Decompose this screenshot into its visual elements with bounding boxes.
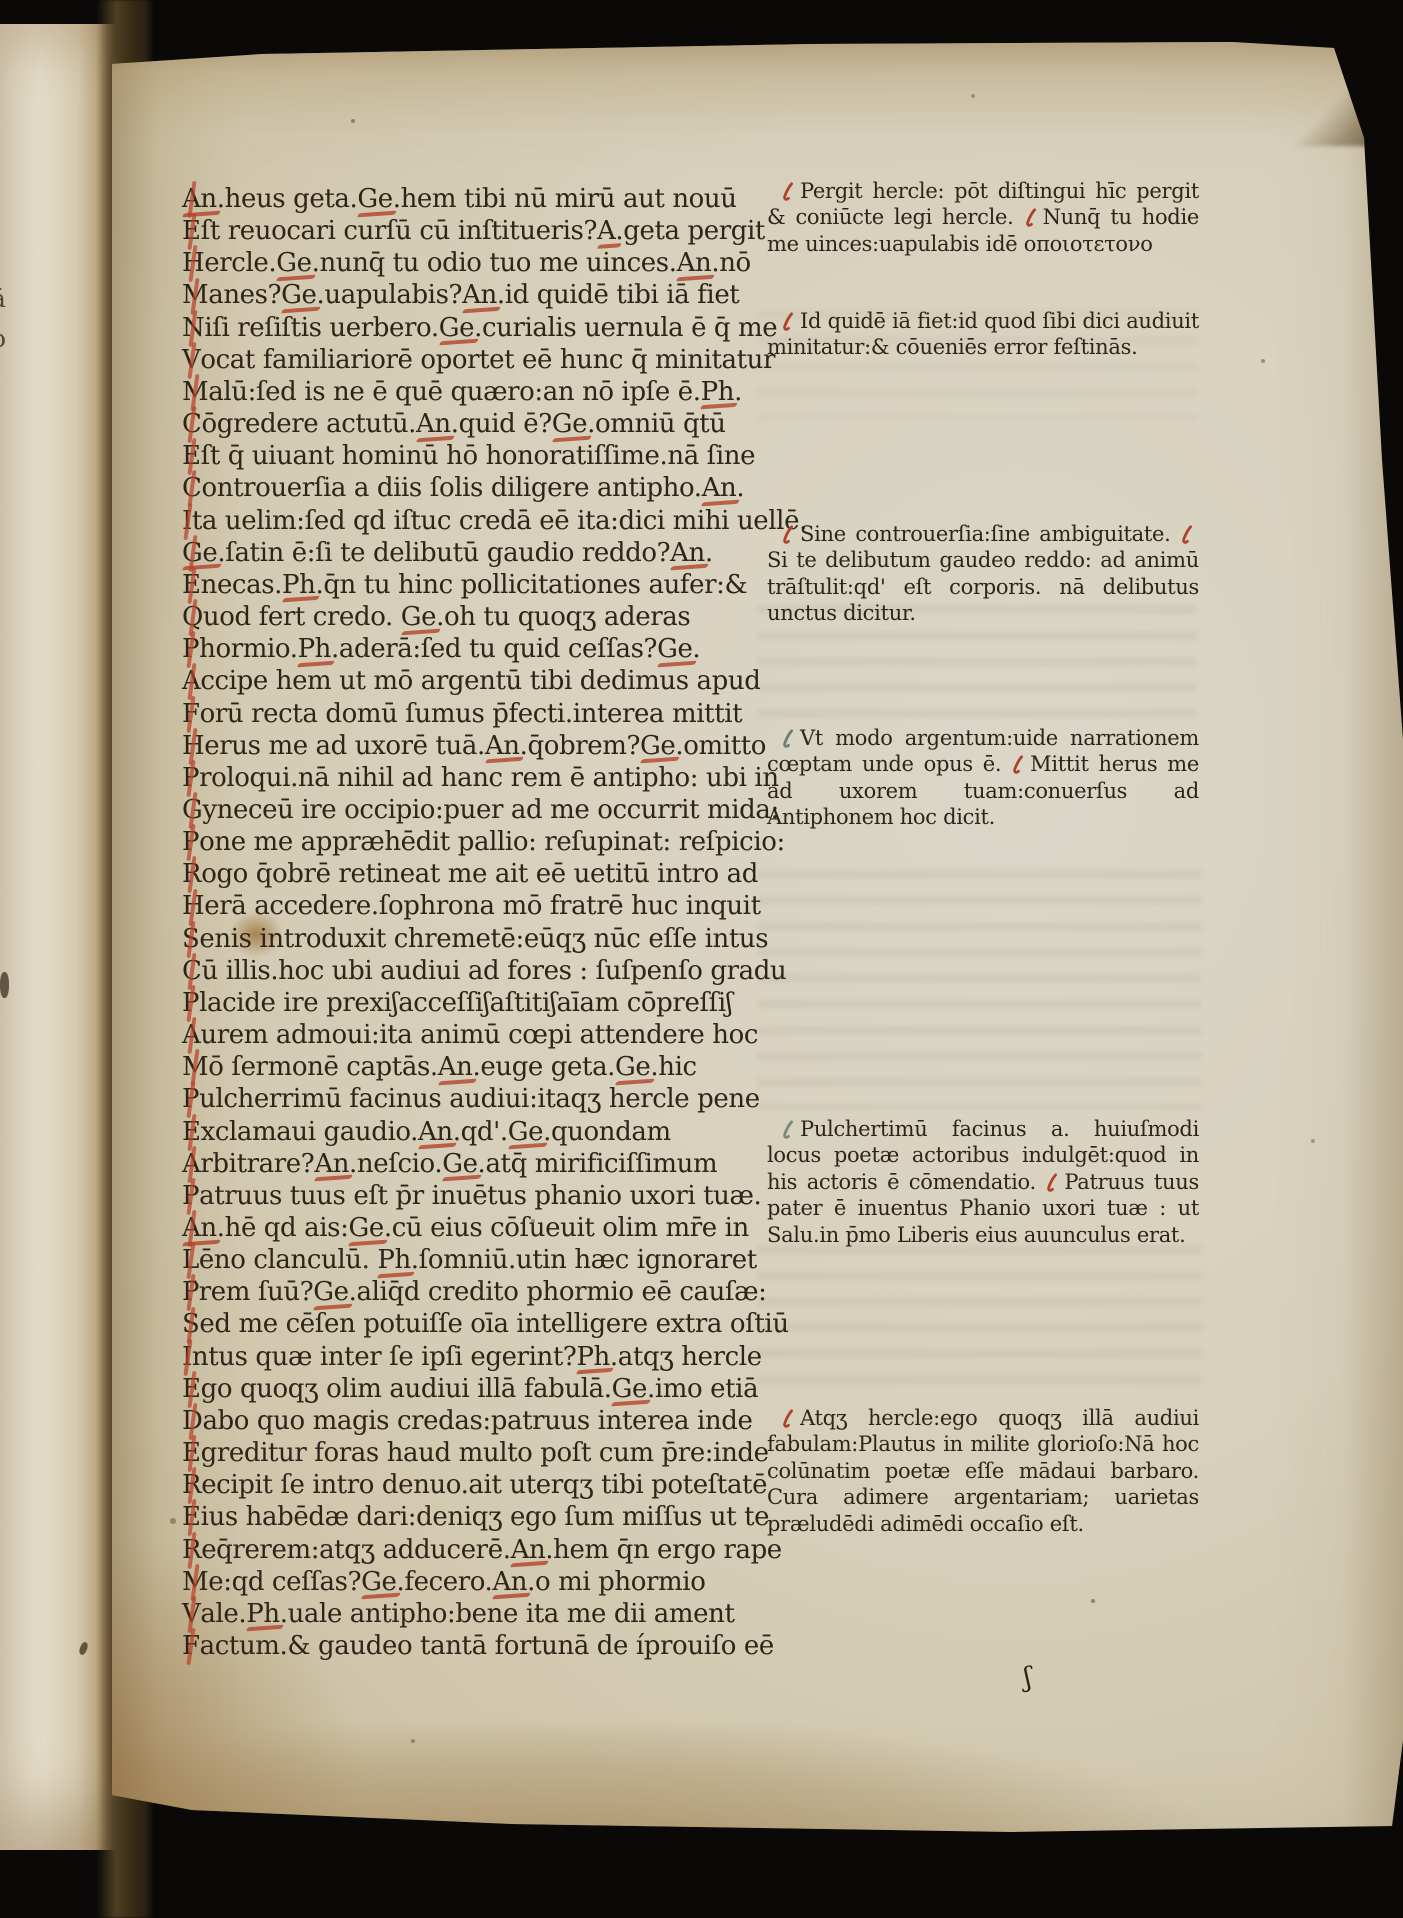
- rubricated-initial: A: [182, 665, 200, 697]
- text-line: Sed me cēſen potuiſſe oīa intelligere ex…: [182, 1308, 782, 1340]
- text-line: Cū illis.hoc ubi audiui ad fores : ſuſpe…: [182, 955, 782, 987]
- speaker-abbrev: Ph.: [576, 1342, 617, 1372]
- rubricated-initial: R: [182, 858, 201, 890]
- speaker-abbrev: An.: [462, 280, 505, 310]
- rubricated-initial: A: [182, 1212, 200, 1244]
- gloss-note: Atqʒ hercle:ego quoqʒ illā audiui fabula…: [767, 1405, 1199, 1537]
- rubricated-initial: E: [182, 569, 201, 601]
- rubricated-initial: P: [182, 826, 199, 858]
- paragraph-mark-icon: [781, 525, 795, 545]
- speaker-abbrev: An.: [182, 1213, 225, 1243]
- text-line: Ego quoqʒ olim audiui illā fabulā.Ge.imo…: [182, 1373, 782, 1405]
- quire-mark: ʃ: [1023, 1662, 1032, 1693]
- text-line: P̄rem ſuū?Ge.aliq̄d credito phormio eē c…: [182, 1276, 782, 1308]
- text-line: Hercle.Ge.nunq̄ tu odio tuo me uinces.An…: [182, 247, 782, 279]
- text-line: Factum.& gaudeo tantā fortunā de íprouiſ…: [182, 1630, 782, 1662]
- rubricated-initial: Q: [182, 601, 203, 633]
- gloss-text: Id quidē iā fiet:id quod ſibi dici audiu…: [767, 309, 1199, 359]
- text-line: Rogo q̄obrē retineat me ait eē uetitū in…: [182, 858, 782, 890]
- speaker-abbrev: Ge.: [348, 1213, 391, 1243]
- rubricated-initial: P: [182, 633, 199, 665]
- text-line: Forū recta domū ſumus p̄fecti.interea mi…: [182, 698, 782, 730]
- rubricated-initial: R: [182, 1534, 201, 1566]
- text-line: Senis introduxit chremetē:eūqʒ nūc eſſe …: [182, 923, 782, 955]
- text-line: Quod fert credo. Ge.oh tu quoqʒ aderas: [182, 601, 782, 633]
- text-line: Recipit ſe intro denuo.ait uterqʒ tibi p…: [182, 1469, 782, 1501]
- rubricated-initial: V: [182, 1598, 200, 1630]
- speaker-abbrev: Ge.: [281, 280, 324, 310]
- speaker-abbrev: An.: [438, 1052, 481, 1082]
- rubricated-initial: N: [182, 312, 204, 344]
- paragraph-mark-icon: [781, 182, 795, 202]
- rubricated-initial: E: [182, 1501, 201, 1533]
- rubricated-initial: S: [182, 1308, 199, 1340]
- text-line: Aurem admoui:ita animū cœpi attendere ho…: [182, 1019, 782, 1051]
- text-line: Dabo quo magis credas:patruus interea in…: [182, 1405, 782, 1437]
- rubricated-initial: C: [182, 472, 202, 504]
- water-stain: [112, 1728, 1212, 1878]
- speaker-abbrev: Ge.: [357, 184, 400, 214]
- page-paper: An.heus geta.Ge.hem tibi nū mirū aut nou…: [112, 40, 1403, 1878]
- rubricated-initial: C: [182, 408, 202, 440]
- rubricated-initial: E: [182, 1437, 201, 1469]
- rubricated-initial: E: [182, 215, 201, 247]
- speaker-abbrev: Ge.: [276, 248, 319, 278]
- bleedthrough-text: [757, 870, 1202, 1110]
- rubricated-initial: A: [182, 1148, 200, 1180]
- text-line: Vale.Ph.uale antipho:bene ita me dii ame…: [182, 1598, 782, 1630]
- speaker-abbrev: Ge.: [657, 634, 700, 664]
- text-line: Gyneceū ire occipio:puer ad me occurrit …: [182, 794, 782, 826]
- speaker-abbrev: Ph.: [377, 1245, 418, 1275]
- text-line: Pulcherrimū facinus audiui:itaqʒ hercle …: [182, 1083, 782, 1115]
- rubricated-initial: E: [182, 440, 201, 472]
- text-line: Accipe hem ut mō argentū tibi dedimus ap…: [182, 665, 782, 697]
- paragraph-mark-icon: [1180, 525, 1194, 545]
- gloss-text: Atqʒ hercle:ego quoqʒ illā audiui fabula…: [767, 1406, 1199, 1536]
- main-text-block: An.heus geta.Ge.hem tibi nū mirū aut nou…: [182, 183, 782, 1662]
- text-line: Vocat familiariorē oportet eē hunc q̄ mi…: [182, 344, 782, 376]
- rubricated-initial: C: [182, 955, 202, 987]
- speaker-abbrev: Ge.: [442, 1149, 485, 1179]
- rubricated-initial: G: [182, 794, 202, 826]
- text-line: Eſt q̄ uiuant hominū hō honoratiſſime.nā…: [182, 440, 782, 472]
- text-line: Pone me appræhēdit pallio: reſupinat: re…: [182, 826, 782, 858]
- text-line: Herā accedere.ſophrona mō fratrē huc inq…: [182, 890, 782, 922]
- rubricated-initial: H: [182, 247, 204, 279]
- text-line: Controuerſia a diis ſolis diligere antip…: [182, 472, 782, 504]
- speaker-abbrev: Ge.: [401, 602, 444, 632]
- text-line: Eſt reuocari curſū cū inſtitueris?A.geta…: [182, 215, 782, 247]
- rubricated-initial: P: [182, 1276, 199, 1308]
- text-line: Mō ſermonē captās.An.euge geta.Ge.hic: [182, 1051, 782, 1083]
- gloss-text: Sine controuerſia:ſine ambiguitate.: [800, 522, 1180, 546]
- rubricated-initial: M: [182, 1051, 208, 1083]
- text-line: Enecas.Ph.q̄n tu hinc pollicitationes au…: [182, 569, 782, 601]
- rubricated-initial: E: [182, 1373, 201, 1405]
- speaker-abbrev: Ge.: [615, 1052, 658, 1082]
- text-line: Placide ire prexiʃacceſſiʃaſtitiʃaīam cō…: [182, 987, 782, 1019]
- gloss-note: Sine controuerſia:ſine ambiguitate. Si t…: [767, 521, 1199, 627]
- speaker-abbrev: An.: [670, 538, 713, 568]
- speaker-abbrev: Ge.: [612, 1374, 655, 1404]
- ink-blot: [78, 1641, 89, 1656]
- gloss-note: Id quidē iā fiet:id quod ſibi dici audiu…: [767, 308, 1199, 361]
- speaker-abbrev: An.: [418, 1117, 461, 1147]
- text-line: Arbitrare?An.neſcio.Ge.atq̄ mirificiſſim…: [182, 1148, 782, 1180]
- text-line: Patruus tuus eſt p̄r inuētus phanio uxor…: [182, 1180, 782, 1212]
- text-line: Cōgredere actutū.An.quid ē?Ge.omniū q̄tū: [182, 408, 782, 440]
- text-line: Herus me ad uxorē tuā.An.q̄obrem?Ge.omit…: [182, 730, 782, 762]
- paragraph-mark-icon: [781, 312, 795, 332]
- speaker-abbrev: Ge.: [508, 1117, 551, 1147]
- text-line: Lēno clanculū. Ph.ſomniū.utin hæc ignora…: [182, 1244, 782, 1276]
- text-line: An.hē qd ais:Ge.cū eius cōſueuit olim mr…: [182, 1212, 782, 1244]
- text-line: Ge.ſatin ē:ſi te delibutū gaudio reddo?A…: [182, 537, 782, 569]
- rubricated-initial: E: [182, 1116, 201, 1148]
- rubricated-initial: A: [182, 183, 200, 215]
- text-line: Manes?Ge.uapulabis?An.id quidē tibi iā f…: [182, 279, 782, 311]
- gloss-note: Vt modo argentum:uide narrationem cœptam…: [767, 725, 1199, 831]
- speaker-abbrev: Ge.: [313, 1277, 356, 1307]
- rubricated-initial: H: [182, 730, 204, 762]
- text-line: Phormio.Ph.aderā:ſed tu quid ceſſas?Ge.: [182, 633, 782, 665]
- speaker-abbrev: Ph.: [282, 570, 323, 600]
- speaker-abbrev: An.: [416, 409, 459, 439]
- rubricated-initial: F: [182, 698, 200, 730]
- rubricated-initial: A: [182, 1019, 200, 1051]
- rubricated-initial: V: [182, 344, 200, 376]
- speaker-abbrev: An.: [492, 1567, 535, 1597]
- marginal-letter: o: [0, 326, 6, 351]
- text-line: Me:qd ceſſas?Ge.fecero.An.o mi phormio: [182, 1566, 782, 1598]
- text-line: Exclamaui gaudio.An.qd'.Ge.quondam: [182, 1116, 782, 1148]
- corner-fold-shadow: [1292, 46, 1372, 146]
- speaker-abbrev: An.: [485, 731, 528, 761]
- speaker-abbrev: Ge.: [552, 409, 595, 439]
- speaker-abbrev: An.: [511, 1535, 554, 1565]
- rubricated-initial: M: [182, 376, 208, 408]
- text-line: An.heus geta.Ge.hem tibi nū mirū aut nou…: [182, 183, 782, 215]
- rubricated-initial: D: [182, 1405, 202, 1437]
- speaker-abbrev: A.: [597, 216, 623, 246]
- text-line: Intus quæ inter ſe ipſi egerint?Ph.atqʒ …: [182, 1341, 782, 1373]
- bleedthrough-text: [757, 1245, 1202, 1395]
- speaker-abbrev: Ge.: [182, 538, 225, 568]
- marginal-letter: ā: [0, 286, 6, 311]
- text-line: Eius habēdæ dari:deniqʒ ego ſum miſſus u…: [182, 1501, 782, 1533]
- rubricated-initial: I: [182, 505, 192, 537]
- rubricated-initial: G: [182, 537, 202, 569]
- paragraph-mark-icon: [781, 729, 795, 749]
- rubricated-initial: L: [182, 1244, 199, 1276]
- text-line: Egreditur foras haud multo poſt cum p̄re…: [182, 1437, 782, 1469]
- speaker-abbrev: Ph.: [298, 634, 339, 664]
- gloss-note: Pulchertimū facinus a. huiuſmodi locus p…: [767, 1116, 1199, 1248]
- text-line: Malū:ſed is ne ē quē quæro:an nō ipſe ē.…: [182, 376, 782, 408]
- rubricated-initial: I: [182, 1341, 192, 1373]
- speaker-abbrev: Ge.: [640, 731, 683, 761]
- text-line: Req̄rerem:atqʒ adducerē.An.hem q̄n ergo …: [182, 1534, 782, 1566]
- ink-blot: [0, 972, 9, 998]
- rubricated-initial: P: [182, 1083, 199, 1115]
- rubricated-initial: S: [182, 923, 199, 955]
- text-line: Niſi reſiſtis uerbero.Ge.curialis uernul…: [182, 312, 782, 344]
- paragraph-mark-icon: [781, 1409, 795, 1429]
- scanned-book-page: ā o An.heus geta.Ge.hem tibi nū mirū aut…: [0, 0, 1403, 1918]
- rubricated-initial: P: [182, 987, 199, 1019]
- gloss-note: Pergit hercle: pōt diſtingui hīc pergit …: [767, 178, 1199, 257]
- paragraph-mark-icon: [1011, 755, 1025, 775]
- speaker-abbrev: An.: [314, 1149, 357, 1179]
- speaker-abbrev: An.: [702, 473, 745, 503]
- speaker-abbrev: An.: [182, 184, 225, 214]
- speaker-abbrev: Ph.: [701, 377, 742, 407]
- rubricated-initial: P: [182, 1180, 199, 1212]
- rubricated-initial: H: [182, 890, 204, 922]
- text-line: Proloqui.nā nihil ad hanc rem ē antipho:…: [182, 762, 782, 794]
- speaker-abbrev: Ph.: [246, 1599, 287, 1629]
- gloss-text: Si te delibutum gaudeo reddo: ad animū t…: [767, 548, 1199, 625]
- paragraph-mark-icon: [1045, 1173, 1059, 1193]
- rubricated-initial: M: [182, 1566, 208, 1598]
- rubricated-initial: R: [182, 1469, 201, 1501]
- speaker-abbrev: Ge.: [361, 1567, 404, 1597]
- paragraph-mark-icon: [1024, 208, 1038, 228]
- speaker-abbrev: An.: [677, 248, 720, 278]
- speaker-abbrev: Ge.: [439, 313, 482, 343]
- rubricated-initial: M: [182, 279, 208, 311]
- paragraph-mark-icon: [781, 1120, 795, 1140]
- text-line: Ita uelim:ſed qd iſtuc credā eē ita:dici…: [182, 505, 782, 537]
- rubricated-initial: P: [182, 762, 199, 794]
- rubricated-initial: F: [182, 1630, 200, 1662]
